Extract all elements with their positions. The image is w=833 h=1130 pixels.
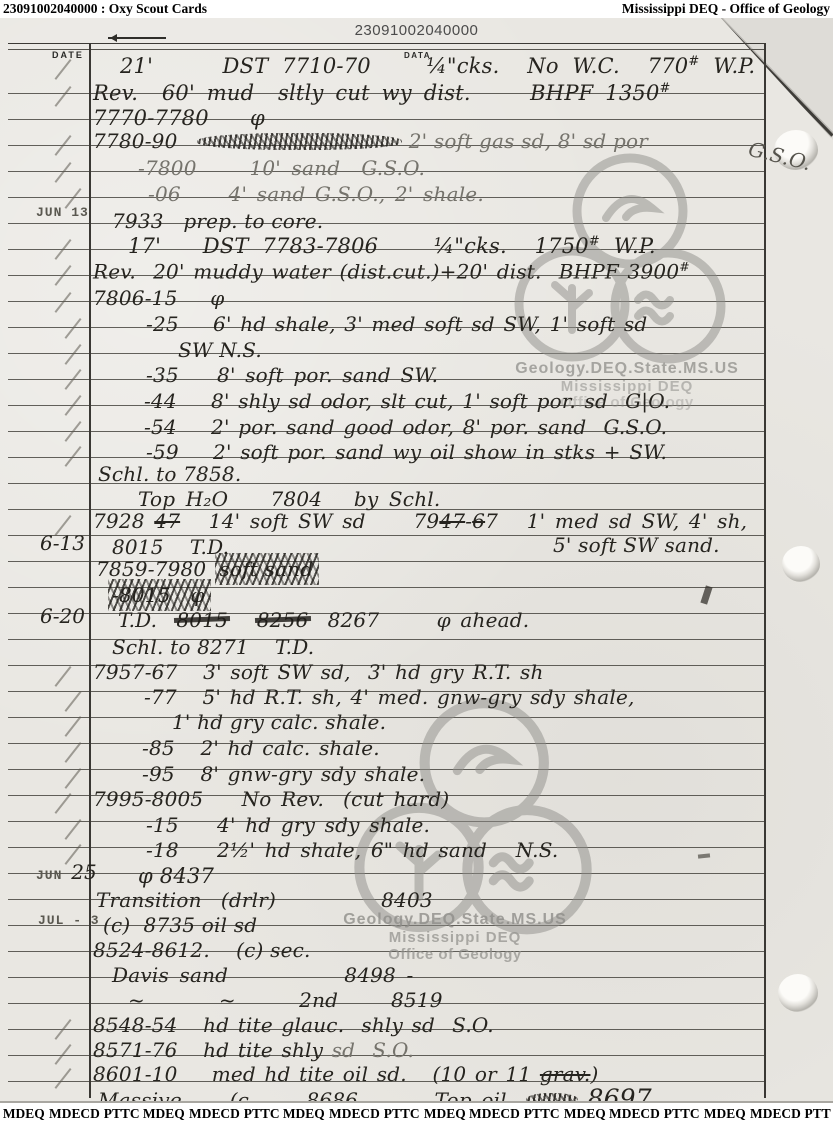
- handwritten-line: -25 6' hd shale, 3' med soft sd SW, 1' s…: [146, 314, 647, 334]
- handwriting-segment: -54 2' por. sand good odor, 8' por. sand…: [144, 415, 667, 439]
- margin-tick-mark: [65, 742, 82, 763]
- handwritten-line: 7859-7980 soft sand: [96, 559, 313, 579]
- handwritten-line: 7957-67 3' soft SW sd, 3' hd gry R.T. sh: [93, 662, 544, 682]
- margin-tick-mark: [65, 369, 82, 390]
- handwriting-segment: 7933 prep. to core.: [112, 209, 323, 233]
- date-entry: JUN 25: [36, 862, 97, 883]
- handwriting-segment: soft sand: [219, 557, 313, 581]
- footer-row: MDEQMDECDPTTCMDEQMDECDPTTCMDEQMDECDPTTCM…: [0, 1103, 833, 1123]
- footer-org-label: MDECD: [609, 1107, 660, 1123]
- margin-tick-mark: [65, 344, 82, 365]
- handwritten-line: Rev. 20' muddy water (dist.cut.)+20' dis…: [93, 261, 690, 282]
- margin-tick-mark: [65, 716, 82, 737]
- margin-tick-mark: [55, 292, 72, 313]
- handwriting-segment: -06 4' sand G.S.O., 2' shale.: [148, 182, 484, 206]
- date-handwritten: 25: [71, 860, 96, 884]
- handwritten-line: -54 2' por. sand good odor, 8' por. sand…: [144, 417, 667, 437]
- handwritten-line: Rev. 60' mud sltly cut wy dist. BHPF 135…: [93, 82, 671, 104]
- footer-org-label: MDECD: [750, 1107, 801, 1123]
- handwritten-line: (c) 8735 oil sd: [103, 915, 257, 935]
- handwriting-segment: 1' hd gry calc. shale.: [172, 710, 386, 734]
- margin-tick-mark: [55, 1044, 72, 1065]
- handwritten-line: Schl. to 8271 T.D.: [112, 637, 314, 657]
- handwriting-segment: Rev. 20' muddy water (dist.cut.)+20' dis…: [93, 260, 679, 284]
- handwritten-line: Davis sand 8498 -: [112, 965, 414, 985]
- margin-tick-mark: [55, 793, 72, 814]
- margin-tick-mark: [65, 768, 82, 789]
- handwriting-segment: Davis sand 8498 -: [112, 963, 414, 987]
- handwritten-line: 8548-54 hd tite glauc. shly sd S.O.: [93, 1015, 494, 1035]
- footer-org-label: MDECD: [49, 1107, 100, 1123]
- handwriting-segment: 8015: [176, 608, 228, 632]
- footer-org-label: PTTC: [103, 1107, 139, 1123]
- handwriting-segment: 7780-90: [93, 129, 197, 153]
- footer-org-label: PTT: [804, 1107, 830, 1123]
- margin-tick-mark: [55, 86, 72, 107]
- handwritten-line: 8601-10 med hd tite oil sd. (10 or 11 gr…: [93, 1064, 598, 1084]
- handwritten-line: -8015 φ: [112, 585, 205, 605]
- handwriting-segment: -95 8' gnw-gry sdy shale.: [142, 762, 425, 786]
- handwriting-segment: Top H₂O 7804 by Schl.: [138, 487, 440, 511]
- handwriting-segment: Rev. 60' mud sltly cut wy dist. BHPF 135…: [93, 81, 660, 105]
- handwritten-line: -44 8' shly sd odor, slt cut, 1' soft po…: [144, 391, 670, 411]
- handwriting-segment: 8571-76 hd tite shly: [93, 1038, 332, 1062]
- date-handwritten: 6-20: [40, 604, 85, 628]
- handwriting-segment: -44 8' shly sd odor, slt cut, 1' soft po…: [144, 389, 670, 413]
- footer-org-label: MDECD: [189, 1107, 240, 1123]
- handwriting-segment: -8015 φ: [112, 583, 205, 607]
- handwriting-segment: 7859-7980: [96, 557, 219, 581]
- handwritten-line: 8571-76 hd tite shly sd S.O.: [93, 1040, 414, 1060]
- handwritten-line: 17' DST 7783-7806 ¼"cks. 1750# W.P.: [128, 235, 656, 257]
- footer-org-label: MDEQ: [3, 1107, 45, 1123]
- margin-tick-mark: [55, 1068, 72, 1089]
- handwritten-line: 8015 T.D.: [112, 537, 229, 557]
- handwriting-segment: 2' soft gas sd, 8' sd por: [402, 129, 648, 153]
- margin-tick-mark: [55, 1019, 72, 1040]
- handwriting-segment: 7 1' med sd SW, 4' sh,: [485, 509, 747, 533]
- scribbled-out-text: [197, 133, 402, 150]
- margin-tick-mark: [65, 691, 82, 712]
- handwriting-segment: 6: [472, 509, 485, 533]
- handwriting-segment: 7928: [93, 509, 154, 533]
- handwritten-line: -18 2½' hd shale, 6" hd sand N.S.: [146, 840, 558, 860]
- scanned-scout-card: 23091002040000 DATE DATA Geology.DEQ.Sta: [0, 18, 833, 1103]
- date-entry: JUN 13: [36, 204, 89, 220]
- handwritten-line: T.D. 8015 8256 8267 φ ahead.: [118, 610, 529, 630]
- date-handwritten: 6-13: [40, 531, 85, 555]
- handwritten-line: 5' soft SW sand.: [553, 535, 720, 555]
- footer-org-label: MDECD: [469, 1107, 520, 1123]
- handwriting-layer: 21' DST 7710-70 ¼"cks. No W.C. 770# W.P.…: [0, 18, 833, 1103]
- handwriting-segment: 8524-8612. (c) sec.: [93, 938, 311, 962]
- margin-tick-mark: [65, 421, 82, 442]
- handwriting-segment: #: [589, 234, 600, 249]
- handwritten-line: -77 5' hd R.T. sh, 4' med. gnw-gry sdy s…: [144, 687, 635, 707]
- handwritten-line: SW N.S.: [178, 340, 262, 360]
- handwritten-line: -15 4' hd gry sdy shale.: [146, 815, 430, 835]
- margin-tick-mark: [55, 59, 72, 80]
- handwritten-line: Top H₂O 7804 by Schl.: [138, 489, 440, 509]
- footer-org-label: MDECD: [329, 1107, 380, 1123]
- handwriting-segment: 5' soft SW sand.: [553, 533, 720, 557]
- handwriting-segment: ): [590, 1062, 598, 1086]
- footer-org-label: MDEQ: [423, 1107, 465, 1123]
- handwritten-line: 8524-8612. (c) sec.: [93, 940, 311, 960]
- date-stamp: JUL - 3: [38, 913, 100, 928]
- page-header: 23091002040000 : Oxy Scout Cards Mississ…: [0, 0, 833, 18]
- footer-org-label: PTTC: [244, 1107, 280, 1123]
- handwriting-segment: 7957-67 3' soft SW sd, 3' hd gry R.T. sh: [93, 660, 544, 684]
- handwritten-line: Schl. to 7858.: [98, 464, 241, 484]
- handwritten-line: 7995-8005 No Rev. (cut hard): [93, 789, 449, 809]
- margin-tick-mark: [55, 265, 72, 286]
- handwriting-segment: ~ ~ 2nd 8519: [128, 988, 443, 1012]
- handwriting-segment: #: [688, 54, 699, 69]
- handwritten-line: 7770-7780 φ: [93, 108, 265, 129]
- margin-tick-mark: [55, 239, 72, 260]
- handwriting-segment: 8015 T.D.: [112, 535, 229, 559]
- handwriting-segment: -59 2' soft por. sand wy oil show in stk…: [146, 440, 667, 464]
- handwritten-line: 1' hd gry calc. shale.: [172, 712, 386, 732]
- handwriting-segment: #: [660, 81, 671, 96]
- handwritten-line: 7780-90 2' soft gas sd, 8' sd por: [93, 131, 648, 151]
- handwritten-line: 7933 prep. to core.: [112, 211, 323, 231]
- handwriting-segment: 47: [439, 509, 465, 533]
- agency-title: Mississippi DEQ - Office of Geology: [622, 1, 830, 17]
- handwriting-segment: 14' soft SW sd 79: [180, 509, 439, 533]
- handwriting-segment: [228, 608, 257, 632]
- handwritten-line: ~ ~ 2nd 8519: [128, 990, 443, 1010]
- handwritten-line: -35 8' soft por. sand SW.: [146, 365, 438, 385]
- handwriting-segment: 7770-7780 φ: [93, 106, 265, 130]
- handwritten-line: φ 8437: [138, 866, 214, 887]
- date-entry: JUL - 3: [38, 912, 100, 928]
- margin-tick-mark: [65, 446, 82, 467]
- handwriting-segment: 8256: [257, 608, 309, 632]
- date-entry: 6-20: [40, 606, 85, 627]
- margin-tick-mark: [65, 395, 82, 416]
- footer-org-label: PTTC: [664, 1107, 700, 1123]
- footer-org-label: MDEQ: [283, 1107, 325, 1123]
- handwriting-segment: -7800 10' sand G.S.O.: [138, 156, 425, 180]
- handwriting-segment: sd S.O.: [332, 1038, 414, 1062]
- handwritten-line: 7806-15 φ: [93, 288, 225, 308]
- handwritten-line: -06 4' sand G.S.O., 2' shale.: [148, 184, 484, 204]
- date-stamp: JUN: [36, 868, 71, 883]
- margin-tick-mark: [55, 135, 72, 156]
- handwriting-segment: #: [679, 259, 690, 274]
- handwriting-segment: grav.: [540, 1062, 591, 1086]
- date-entry: 6-13: [40, 533, 85, 554]
- handwriting-segment: T.D.: [118, 608, 176, 632]
- handwriting-segment: -35 8' soft por. sand SW.: [146, 363, 438, 387]
- handwritten-line: Transition (drlr) 8403: [96, 890, 433, 910]
- handwriting-segment: W.P.: [600, 234, 656, 258]
- margin-tick-mark: [55, 162, 72, 183]
- handwriting-segment: -25 6' hd shale, 3' med soft sd SW, 1' s…: [146, 312, 647, 336]
- handwriting-segment: 8548-54 hd tite glauc. shly sd S.O.: [93, 1013, 494, 1037]
- handwriting-segment: φ 8437: [138, 864, 214, 888]
- handwriting-segment: -85 2' hd calc. shale.: [142, 736, 380, 760]
- footer-org-label: PTTC: [384, 1107, 420, 1123]
- handwritten-line: 7928 47 14' soft SW sd 7947-67 1' med sd…: [93, 511, 747, 531]
- handwriting-segment: 21' DST 7710-70 ¼"cks. No W.C. 770: [120, 54, 688, 78]
- handwriting-segment: 8267 φ ahead.: [308, 608, 529, 632]
- handwriting-segment: -18 2½' hd shale, 6" hd sand N.S.: [146, 838, 558, 862]
- handwritten-line: -7800 10' sand G.S.O.: [138, 158, 425, 178]
- handwriting-segment: Transition (drlr) 8403: [96, 888, 433, 912]
- footer-org-label: MDEQ: [704, 1107, 746, 1123]
- footer-org-label: PTTC: [524, 1107, 560, 1123]
- footer-org-label: MDEQ: [564, 1107, 606, 1123]
- handwriting-segment: Schl. to 8271 T.D.: [112, 635, 314, 659]
- handwriting-segment: -77 5' hd R.T. sh, 4' med. gnw-gry sdy s…: [144, 685, 635, 709]
- page-footer: MDEQMDECDPTTCMDEQMDECDPTTCMDEQMDECDPTTCM…: [0, 1103, 833, 1130]
- handwriting-segment: SW N.S.: [178, 338, 262, 362]
- footer-org-label: MDEQ: [143, 1107, 185, 1123]
- handwritten-line: -59 2' soft por. sand wy oil show in stk…: [146, 442, 667, 462]
- handwriting-segment: 47: [154, 509, 180, 533]
- handwritten-line: 21' DST 7710-70 ¼"cks. No W.C. 770# W.P.: [120, 55, 755, 77]
- handwriting-segment: 8601-10 med hd tite oil sd. (10 or 11: [93, 1062, 540, 1086]
- handwriting-segment: 7806-15 φ: [93, 286, 225, 310]
- handwritten-line: -95 8' gnw-gry sdy shale.: [142, 764, 425, 784]
- margin-tick-mark: [65, 318, 82, 339]
- handwriting-segment: 17' DST 7783-7806 ¼"cks. 1750: [128, 234, 589, 258]
- date-stamp: JUN 13: [36, 205, 89, 220]
- handwriting-segment: W.P.: [699, 54, 755, 78]
- handwriting-segment: -15 4' hd gry sdy shale.: [146, 813, 430, 837]
- margin-tick-mark: [55, 666, 72, 687]
- handwriting-segment: (c) 8735 oil sd: [103, 913, 257, 937]
- handwriting-segment: 7995-8005 No Rev. (cut hard): [93, 787, 449, 811]
- document-title: 23091002040000 : Oxy Scout Cards: [3, 1, 207, 17]
- margin-tick-mark: [65, 819, 82, 840]
- handwritten-line: -85 2' hd calc. shale.: [142, 738, 380, 758]
- handwriting-segment: Schl. to 7858.: [98, 462, 241, 486]
